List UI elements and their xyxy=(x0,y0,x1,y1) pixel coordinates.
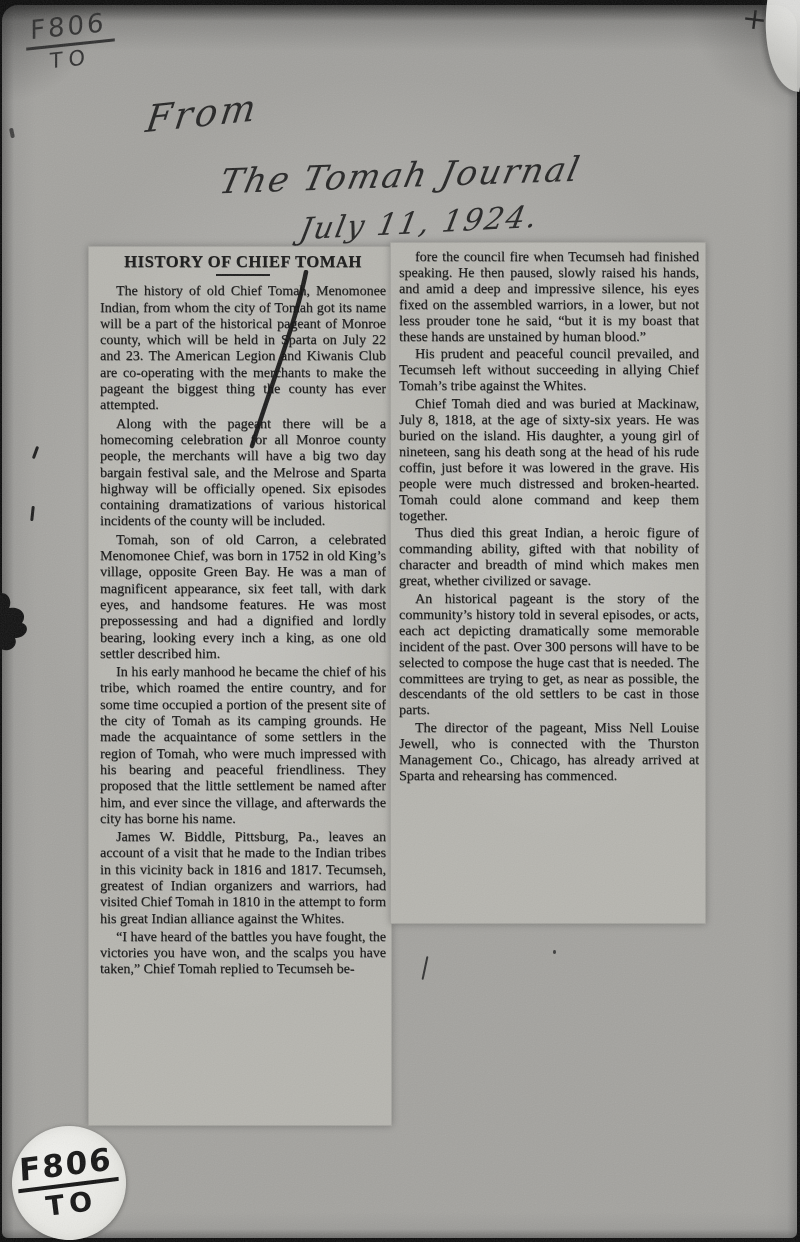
article-paragraph: The director of the pageant, Miss Nell L… xyxy=(399,721,699,785)
clipping-right-column: fore the council fire when Tecumseh had … xyxy=(399,250,699,920)
article-paragraph: In his early manhood he became the chief… xyxy=(100,665,386,828)
article-paragraph: James W. Biddle, Pittsburg, Pa., leaves … xyxy=(100,830,386,928)
article-headline: HISTORY OF CHIEF TOMAH xyxy=(100,254,386,270)
scanned-archive-page: { "archive_marks": { "top_left_code": { … xyxy=(0,0,800,1242)
article-paragraph: The history of old Chief Tomah, Menomone… xyxy=(100,284,386,414)
article-paragraph: fore the council fire when Tecumseh had … xyxy=(399,250,699,345)
article-paragraph: Thus died this great Indian, a heroic fi… xyxy=(399,526,699,590)
stamp-code-numerator: F806 xyxy=(16,1140,118,1192)
article-paragraph: Along with the pageant there will be a h… xyxy=(100,417,386,531)
stray-dot xyxy=(553,950,556,954)
clipping-left-column: HISTORY OF CHIEF TOMAH The history of ol… xyxy=(100,254,386,1120)
article-paragraph: Tomah, son of old Carron, a celebrated M… xyxy=(100,533,386,663)
stamp-code-denominator: TO xyxy=(44,1183,99,1222)
article-paragraph: An historical pageant is the story of th… xyxy=(399,592,699,719)
article-paragraph: His prudent and peaceful council prevail… xyxy=(399,347,699,395)
plus-mark: + xyxy=(740,1,769,39)
ink-stroke xyxy=(244,270,314,450)
archive-code-topleft: F806 TO xyxy=(26,7,114,76)
article-paragraph: “I have heard of the battles you have fo… xyxy=(100,930,386,979)
ink-blob xyxy=(0,586,38,656)
article-paragraph: Chief Tomah died and was buried at Macki… xyxy=(399,397,699,524)
